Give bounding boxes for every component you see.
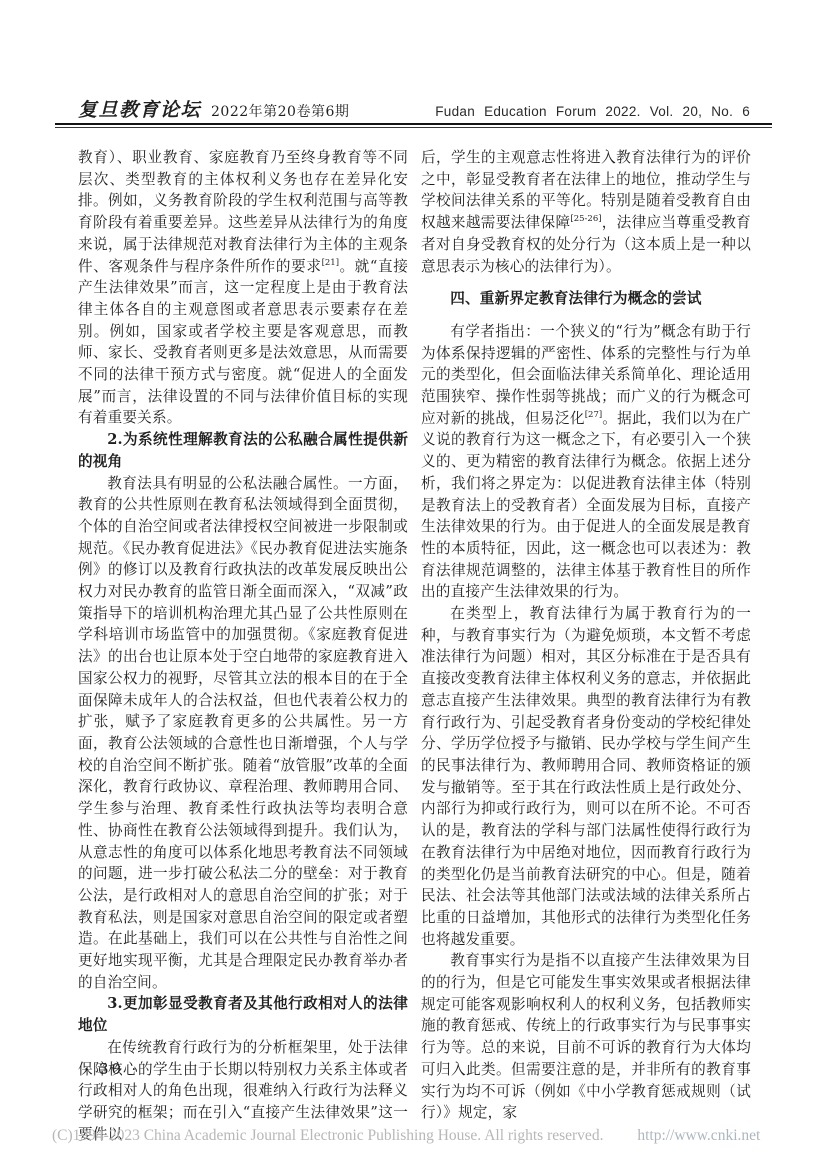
citation-superscript: [27] — [585, 410, 602, 420]
header-rule — [55, 123, 772, 128]
paragraph: 教育）、职业教育、家庭教育乃至终身教育等不同层次、类型教育的主体权利义务也存在差… — [78, 147, 408, 429]
left-column: 教育）、职业教育、家庭教育乃至终身教育等不同层次、类型教育的主体权利义务也存在差… — [78, 147, 408, 1145]
journal-issue: 2022年第20卷第6期 — [211, 104, 349, 120]
subsection-heading-2: 2.为系统性理解教育法的公私融合属性提供新的视角 — [78, 429, 408, 472]
journal-logo: 复旦教育论坛 — [78, 99, 201, 121]
copyright-text: (C)1994-2023 China Academic Journal Elec… — [52, 1127, 603, 1144]
cnki-url: http://www.cnki.net — [637, 1127, 760, 1144]
paragraph: 教育事实行为是指不以直接产生法律效果为目的的行为，但是它可能发生事实效果或者根据… — [421, 950, 751, 1124]
citation-superscript: [25-26] — [570, 214, 601, 224]
header-rule-thin — [55, 127, 772, 128]
header-left: 复旦教育论坛2022年第20卷第6期 — [78, 95, 349, 122]
paragraph: 在类型上，教育法律行为属于教育行为的一种，与教育事实行为（为避免烦琐，本文暂不考… — [421, 603, 751, 950]
article-body: 教育）、职业教育、家庭教育乃至终身教育等不同层次、类型教育的主体权利义务也存在差… — [78, 147, 751, 1145]
subsection-heading-3: 3.更加彰显受教育者及其他行政相对人的法律地位 — [78, 993, 408, 1036]
paragraph: 教育法具有明显的公私法融合属性。一方面，教育的公共性原则在教育私法领域得到全面贯… — [78, 473, 408, 994]
paragraph: 后，学生的主观意志性将进入教育法律行为的评价之中，彰显受教育者在法律上的地位，推… — [421, 147, 751, 277]
section-heading-4: 四、重新界定教育法律行为概念的尝试 — [421, 288, 751, 310]
right-column: 后，学生的主观意志性将进入教育法律行为的评价之中，彰显受教育者在法律上的地位，推… — [421, 147, 751, 1145]
page-header: 复旦教育论坛2022年第20卷第6期 Fudan Education Forum… — [78, 95, 750, 122]
journal-title-en: Fudan Education Forum 2022. Vol. 20, No.… — [435, 104, 750, 119]
page-number: · 30 · — [84, 1061, 139, 1078]
header-rule-thick — [55, 123, 772, 125]
paragraph: 有学者指出：一个狭义的“行为”概念有助于行为体系保持逻辑的严密性、体系的完整性与… — [421, 321, 751, 603]
citation-superscript: [21] — [322, 258, 339, 268]
journal-page: 复旦教育论坛2022年第20卷第6期 Fudan Education Forum… — [0, 0, 827, 1170]
copyright-footer: (C)1994-2023 China Academic Journal Elec… — [52, 1127, 760, 1145]
